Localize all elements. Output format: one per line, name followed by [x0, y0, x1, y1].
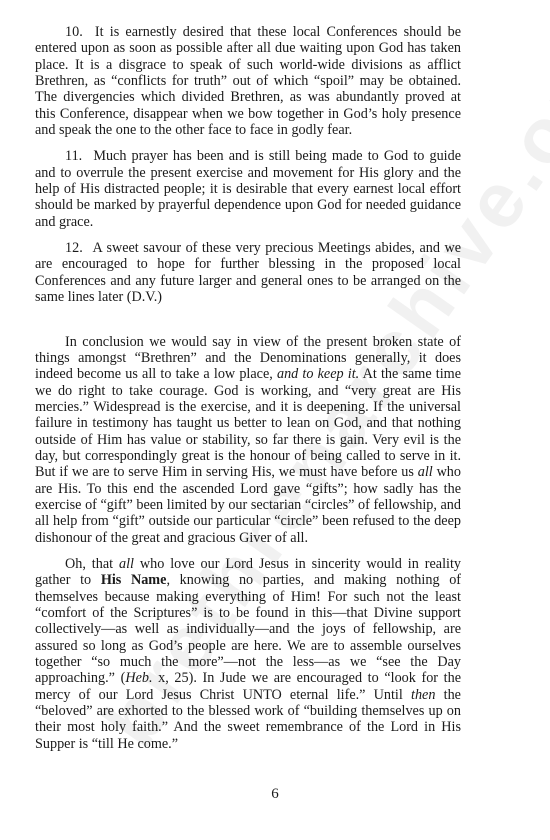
text-run: At the same time we do right to take cou…	[35, 366, 461, 480]
text-run: Oh, that	[65, 556, 119, 572]
emphasis-text: all	[119, 556, 134, 572]
citation-text: Heb.	[125, 670, 152, 686]
page-number: 6	[0, 786, 550, 803]
paragraph-11: 11. Much prayer has been and is still be…	[35, 148, 461, 230]
text-run: , knowing no parties, and making nothing…	[35, 572, 461, 686]
paragraph-10: 10. It is earnestly desired that these l…	[35, 24, 461, 138]
paragraph-text: It is earnestly desired that these local…	[35, 24, 461, 138]
paragraph-number: 10.	[65, 24, 83, 40]
paragraph-12: 12. A sweet savour of these very preciou…	[35, 240, 461, 305]
paragraph-final: Oh, that all who love our Lord Jesus in …	[35, 556, 461, 752]
bold-text: His Name	[101, 572, 167, 588]
emphasis-text: and to keep it.	[277, 366, 359, 382]
emphasis-text: all	[418, 464, 433, 480]
paragraph-text: Much prayer has been and is still being …	[35, 148, 461, 229]
paragraph-number: 11.	[65, 148, 82, 164]
paragraph-conclusion: In conclusion we would say in view of th…	[35, 334, 461, 546]
document-page: 10. It is earnestly desired that these l…	[35, 24, 461, 752]
paragraph-text: A sweet savour of these very precious Me…	[35, 240, 461, 305]
emphasis-text: then	[411, 687, 435, 703]
paragraph-number: 12.	[65, 240, 83, 256]
